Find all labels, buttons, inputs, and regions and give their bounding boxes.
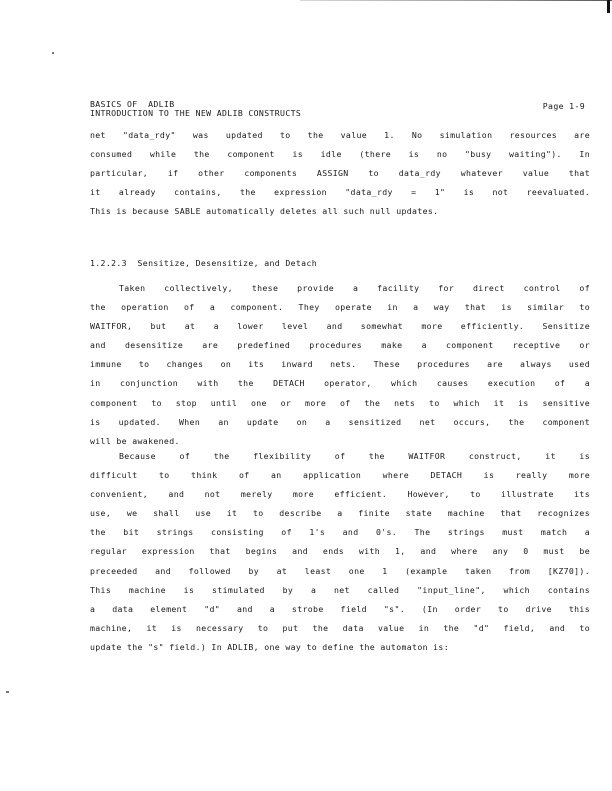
text-line: This is because SABLE automatically dele… (90, 202, 590, 221)
text-line: is updated. When an update on a sensitiz… (90, 413, 590, 432)
page-number: Page 1-9 (543, 102, 585, 111)
section-title: INTRODUCTION TO THE NEW ADLIB CONSTRUCTS (90, 109, 301, 118)
text-line: in conjunction with the DETACH operator,… (90, 374, 590, 393)
text-line: convenient, and not merely more efficien… (90, 485, 590, 504)
section-heading: 1.2.2.3 Sensitize, Desensitize, and Deta… (90, 258, 317, 268)
text-line: Because of the flexibility of the WAITFO… (90, 447, 590, 466)
text-line: and desensitize are predefined procedure… (90, 336, 590, 355)
paragraph-detach-example: Because of the flexibility of the WAITFO… (90, 447, 590, 657)
text-line: particular, if other components ASSIGN t… (90, 164, 590, 183)
text-line: immune to changes on its inward nets. Th… (90, 355, 590, 374)
text-line: WAITFOR, but at a lower level and somewh… (90, 317, 590, 336)
text-line: the bit strings consisting of 1's and 0'… (90, 523, 590, 542)
text-line: component to stop until one or more of t… (90, 394, 590, 413)
text-line: the operation of a component. They opera… (90, 298, 590, 317)
text-line: machine, it is necessary to put the data… (90, 619, 590, 638)
running-head: BASICS OF ADLIB INTRODUCTION TO THE NEW … (90, 100, 301, 118)
paragraph-sensitize: Taken collectively, these provide a faci… (90, 279, 590, 451)
scan-corner-artifact (607, 0, 610, 13)
text-line: difficult to think of an application whe… (90, 466, 590, 485)
scan-edge-artifact (300, 0, 612, 1)
text-line: update the "s" field.) In ADLIB, one way… (90, 638, 590, 657)
text-line: regular expression that begins and ends … (90, 542, 590, 561)
scan-speck (52, 52, 54, 54)
text-line: consumed while the component is idle (th… (90, 145, 590, 164)
text-line: net "data_rdy" was updated to the value … (90, 126, 590, 145)
text-line: a data element "d" and a strobe field "s… (90, 600, 590, 619)
scan-speck (6, 691, 9, 693)
text-line: it already contains, the expression "dat… (90, 183, 590, 202)
text-line: This machine is stimulated by a net call… (90, 581, 590, 600)
paragraph-intro: net "data_rdy" was updated to the value … (90, 126, 590, 221)
text-line: preceeded and followed by at least one 1… (90, 562, 590, 581)
text-line: use, we shall use it to describe a finit… (90, 504, 590, 523)
text-line: Taken collectively, these provide a faci… (90, 279, 590, 298)
